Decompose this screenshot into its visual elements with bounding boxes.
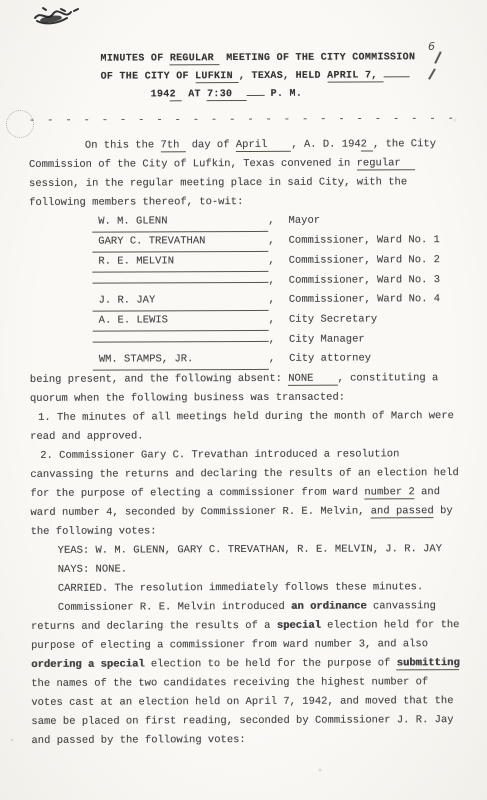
roster-row: W. M. GLENN,Mayor xyxy=(92,211,463,233)
meridiem-text: P. M. xyxy=(271,89,303,100)
minutes-body: On this the 7th day of April, A. D. 1942… xyxy=(29,135,466,751)
underlined-phrase: submitting xyxy=(397,657,460,670)
roster-comma: , xyxy=(269,314,275,326)
roster-title: Commissioner, Ward No. 3 xyxy=(289,274,440,287)
item-2-paragraph: 2. Commissioner Gary C. Trevathan introd… xyxy=(30,445,464,542)
roster-title: Mayor xyxy=(289,215,321,227)
filled-blank-session-type: regular xyxy=(357,157,415,170)
title-line-2: OF THE CITY OF LUFKIN, TEXAS, HELD APRIL… xyxy=(101,65,463,85)
filled-blank-meeting-type: REGULAR xyxy=(170,53,220,65)
roster-comma: , xyxy=(269,294,275,306)
roster-comma: , xyxy=(269,353,275,365)
roster-title: City Secretary xyxy=(289,313,377,325)
roster-comma: , xyxy=(268,215,274,227)
intro-paragraph: On this the 7th day of April, A. D. 1942… xyxy=(29,135,463,213)
underline-blank xyxy=(384,65,410,77)
filled-blank-year-digit: 2 xyxy=(361,138,373,151)
roster-row: R. E. MELVIN,Commissioner, Ward No. 2 xyxy=(92,251,463,273)
roster-comma: , xyxy=(268,255,274,267)
document-title: MINUTES OF REGULAR MEETING OF THE CITY C… xyxy=(100,51,462,103)
handwritten-scribble xyxy=(30,5,90,29)
filled-blank-absent: NONE xyxy=(288,373,337,386)
roster-comma: , xyxy=(268,235,274,247)
item-3-paragraph: Commissioner R. E. Melvin introduced an … xyxy=(31,597,466,751)
roster-comma: , xyxy=(269,334,275,346)
roster-row: ,Commissioner, Ward No. 3 xyxy=(92,271,463,292)
quorum-paragraph: being present, and the following absent:… xyxy=(30,369,464,409)
filled-blank-year-digit: 2 xyxy=(170,89,182,101)
roster-comma: , xyxy=(268,275,274,287)
filled-blank-day: 7th xyxy=(160,139,185,152)
filled-blank-month: April xyxy=(236,139,292,152)
underlined-phrase: and passed xyxy=(371,505,434,518)
dashed-separator: - - - - - - - - - - - - - - - - - - - - … xyxy=(29,113,463,127)
overtyped-phrase: ordering a special xyxy=(31,658,144,670)
roster-row: GARY C. TREVATHAN,Commissioner, Ward No.… xyxy=(92,231,463,253)
roster-name-blank: WM. STAMPS, JR. xyxy=(93,350,269,371)
underline-blank xyxy=(246,84,264,96)
roster-row: ,City Manager xyxy=(93,330,464,351)
roster-name-blank xyxy=(93,341,269,343)
filled-blank-time: 7:30 xyxy=(207,89,246,101)
roster-title: City Manager xyxy=(289,333,365,345)
carried-line: CARRIED. The resolution immediately foll… xyxy=(58,578,465,599)
scanned-page: 6 MINUTES OF REGULAR MEETING OF THE CITY… xyxy=(0,0,487,800)
roster-row: A. E. LEWIS,City Secretary xyxy=(93,310,464,332)
roster-title: City attorney xyxy=(289,352,371,364)
roster-title: Commissioner, Ward No. 1 xyxy=(289,234,440,247)
overtyped-phrase: an ordinance xyxy=(291,600,367,612)
roster-name-blank: A. E. LEWIS xyxy=(93,311,269,332)
filled-blank-date: APRIL 7, xyxy=(327,70,383,82)
item-1-paragraph: 1. The minutes of all meetings held duri… xyxy=(30,407,464,447)
filled-blank-city: LUFKIN xyxy=(195,71,239,83)
roster-row: WM. STAMPS, JR.,City attorney xyxy=(93,349,464,371)
roster-name-blank xyxy=(92,282,268,284)
document-content: MINUTES OF REGULAR MEETING OF THE CITY C… xyxy=(28,51,465,751)
overtyped-phrase: special xyxy=(277,620,321,632)
roster-title: Commissioner, Ward No. 2 xyxy=(289,254,440,267)
roster-title: Commissioner, Ward No. 4 xyxy=(289,293,440,306)
underlined-phrase: number 2 xyxy=(364,486,414,499)
yeas-line: YEAS: W. M. GLENN, GARY C. TREVATHAN, R.… xyxy=(58,540,465,561)
roster-name-blank: J. R. JAY xyxy=(93,291,269,312)
nays-line: NAYS: NONE. xyxy=(58,559,465,580)
roster-name-blank: W. M. GLENN xyxy=(92,212,268,233)
roster-name-blank: GARY C. TREVATHAN xyxy=(92,232,268,253)
roster-name-blank: R. E. MELVIN xyxy=(92,252,268,273)
title-line-3: 1942 AT 7:30 P. M. xyxy=(151,83,463,102)
roster-row: J. R. JAY,Commissioner, Ward No. 4 xyxy=(93,290,464,312)
roster: W. M. GLENN,Mayor GARY C. TREVATHAN,Comm… xyxy=(92,211,464,371)
